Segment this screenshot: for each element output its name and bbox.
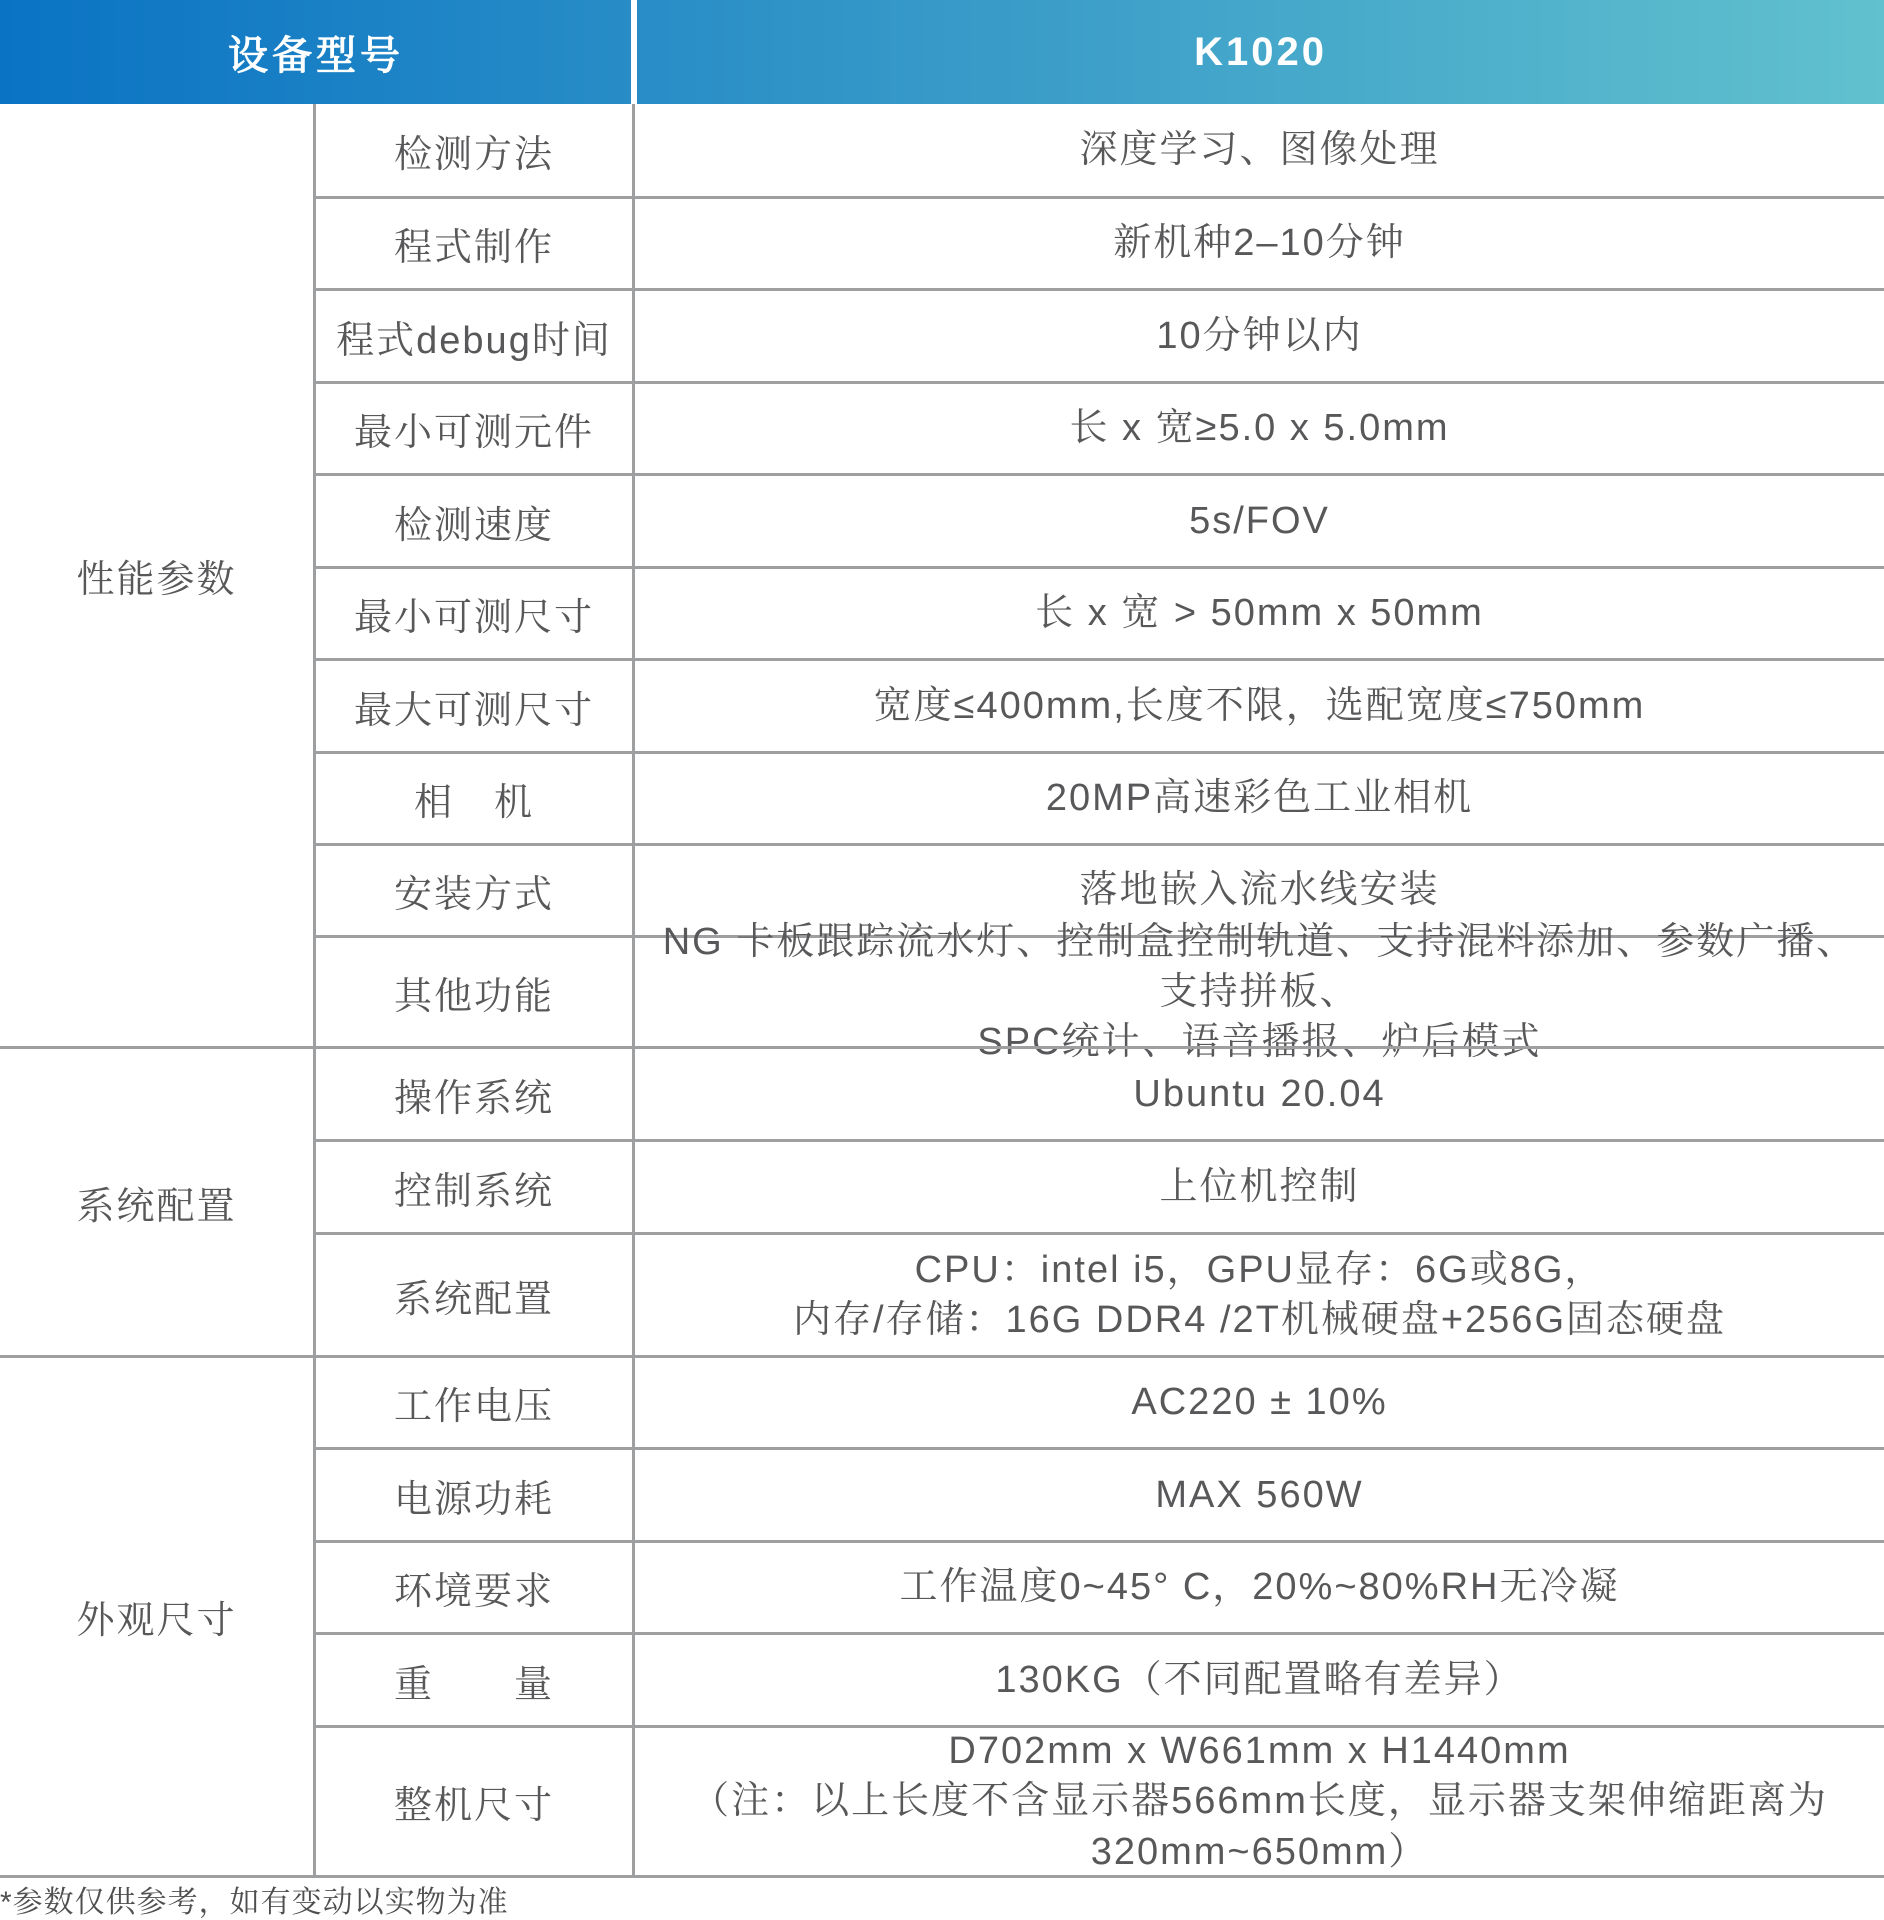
group-cell-2: 外观尺寸	[0, 1355, 313, 1875]
param-label-cell: 安装方式	[313, 843, 635, 935]
param-label-cell: 系统配置	[313, 1232, 635, 1355]
header-device-model-label: 设备型号	[0, 0, 632, 104]
param-label-cell: 最小可测尺寸	[313, 566, 635, 658]
param-value-cell: D702mm x W661mm x H1440mm （注：以上长度不含显示器56…	[635, 1725, 1884, 1875]
spec-sheet: 设备型号 K1020 性能参数检测方法深度学习、图像处理程式制作新机种2–10分…	[0, 0, 1884, 1920]
param-value-cell: 宽度≤400mm,长度不限，选配宽度≤750mm	[635, 658, 1884, 751]
param-value-cell: MAX 560W	[635, 1447, 1884, 1540]
footnote: *参数仅供参考，如有变动以实物为准	[0, 1878, 1884, 1917]
param-label-cell: 控制系统	[313, 1139, 635, 1232]
param-label-cell: 工作电压	[313, 1355, 635, 1447]
param-value-cell: 5s/FOV	[635, 473, 1884, 566]
param-value-cell: AC220 ± 10%	[635, 1355, 1884, 1447]
header-model-value: K1020	[637, 0, 1884, 104]
param-label-cell: 电源功耗	[313, 1447, 635, 1540]
param-value-cell: 长 x 宽 > 50mm x 50mm	[635, 566, 1884, 658]
param-value-cell: NG 卡板跟踪流水灯、控制盒控制轨道、支持混料添加、参数广播、支持拼板、 SPC…	[635, 935, 1884, 1046]
param-label-cell: 程式制作	[313, 196, 635, 288]
param-value-cell: Ubuntu 20.04	[635, 1046, 1884, 1139]
group-cell-1: 系统配置	[0, 1046, 313, 1355]
param-label-cell: 最大可测尺寸	[313, 658, 635, 751]
param-label-cell: 环境要求	[313, 1540, 635, 1632]
param-value-cell: 长 x 宽≥5.0 x 5.0mm	[635, 381, 1884, 473]
table-header: 设备型号 K1020	[0, 0, 1884, 104]
param-value-cell: 深度学习、图像处理	[635, 104, 1884, 196]
param-label-cell: 检测方法	[313, 104, 635, 196]
param-value-cell: 20MP高速彩色工业相机	[635, 751, 1884, 843]
param-label-cell: 相 机	[313, 751, 635, 843]
param-label-cell: 重 量	[313, 1632, 635, 1725]
param-value-cell: 上位机控制	[635, 1139, 1884, 1232]
param-label-cell: 整机尺寸	[313, 1725, 635, 1875]
param-label-cell: 其他功能	[313, 935, 635, 1046]
param-value-cell: 新机种2–10分钟	[635, 196, 1884, 288]
param-value-cell: 130KG（不同配置略有差异）	[635, 1632, 1884, 1725]
param-label-cell: 程式debug时间	[313, 288, 635, 381]
param-value-cell: 10分钟以内	[635, 288, 1884, 381]
param-label-cell: 操作系统	[313, 1046, 635, 1139]
param-label-cell: 最小可测元件	[313, 381, 635, 473]
spec-table: 性能参数检测方法深度学习、图像处理程式制作新机种2–10分钟程式debug时间1…	[0, 104, 1884, 1878]
param-value-cell: 工作温度0~45° C，20%~80%RH无冷凝	[635, 1540, 1884, 1632]
param-label-cell: 检测速度	[313, 473, 635, 566]
param-value-cell: CPU：intel i5，GPU显存：6G或8G， 内存/存储：16G DDR4…	[635, 1232, 1884, 1355]
group-cell-0: 性能参数	[0, 104, 313, 1046]
